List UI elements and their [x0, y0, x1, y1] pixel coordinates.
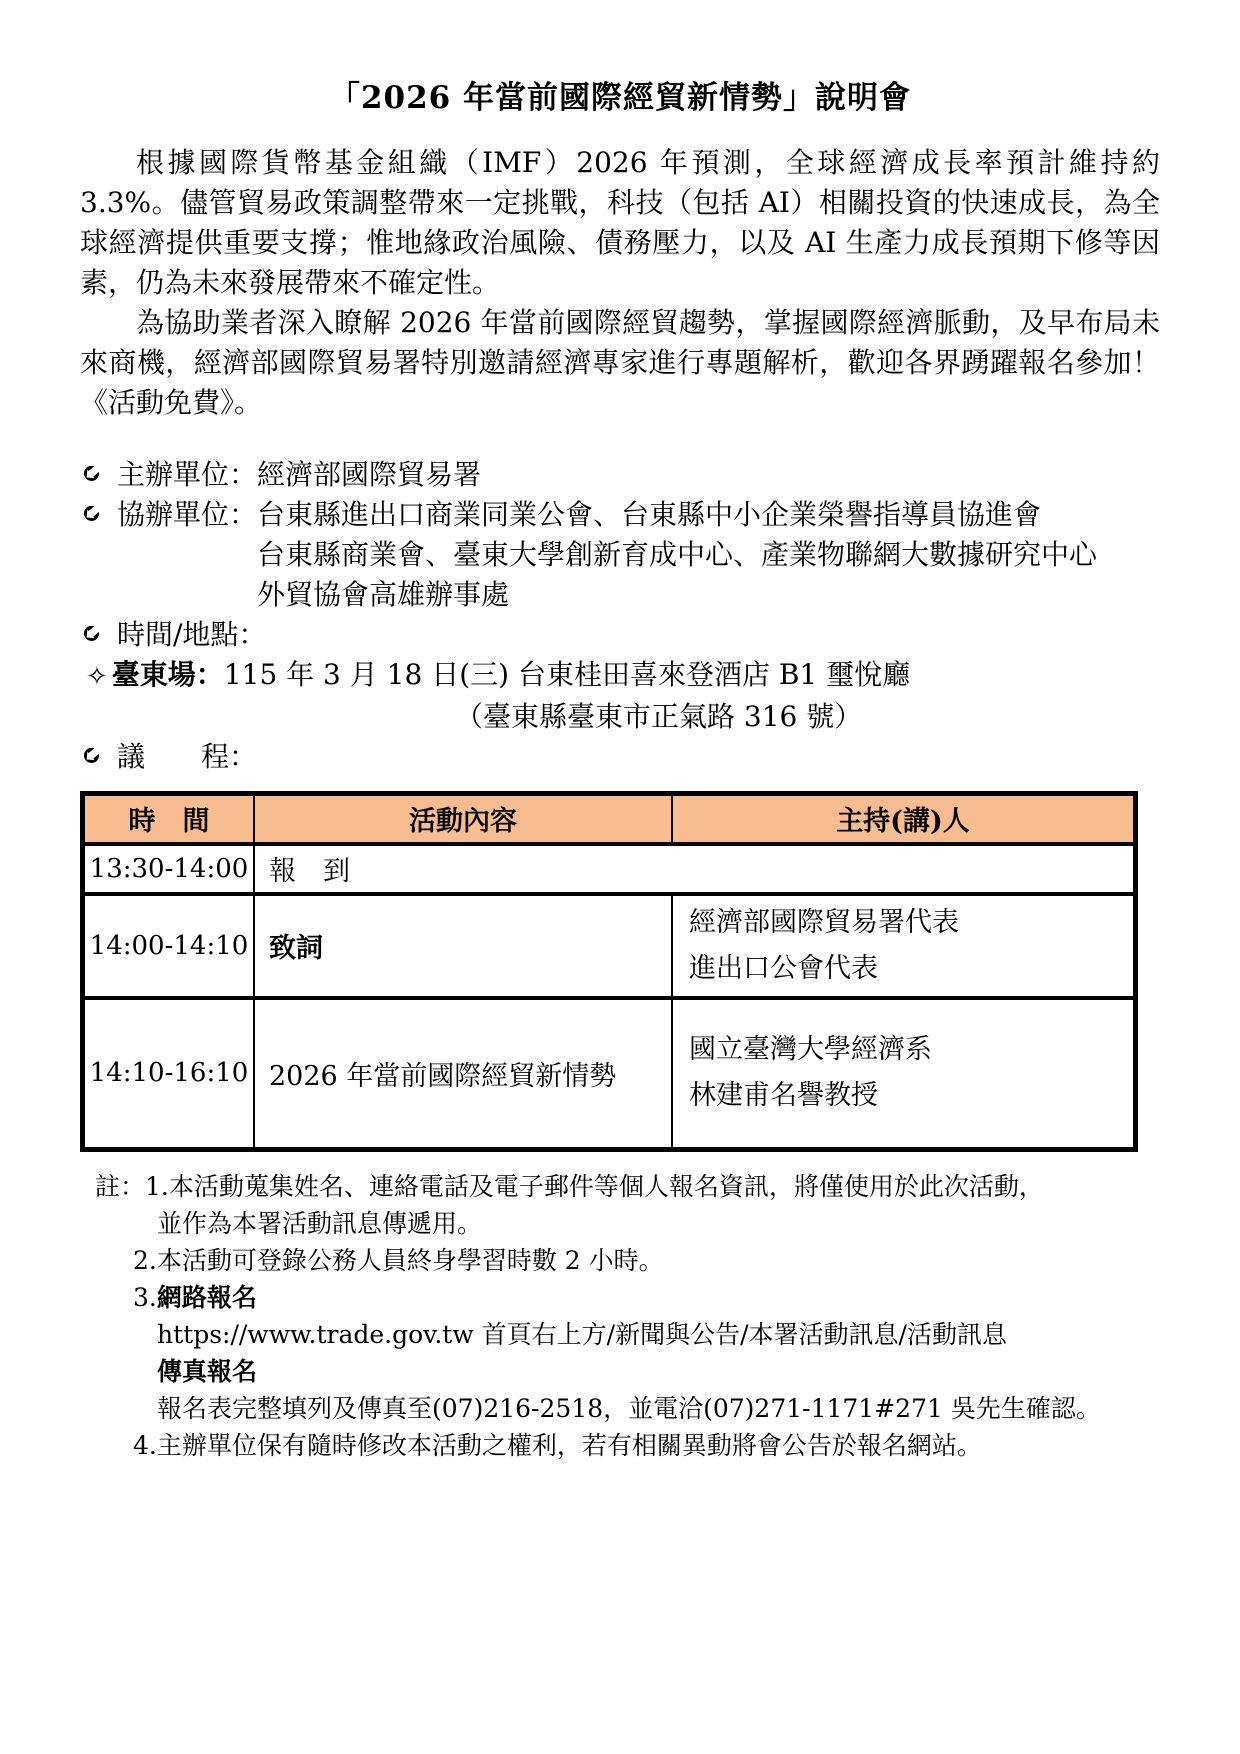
notes-section: 註：1.本活動蒐集姓名、連絡電話及電子郵件等個人報名資訊，將僅使用於此次活動， … — [80, 1168, 1160, 1464]
time-place-row: ➲ 時間/地點： — [80, 615, 1160, 655]
online-registration-label: 網路報名 — [157, 1283, 257, 1312]
note-3-number: 3. — [133, 1283, 157, 1312]
note-3-heading: 3.網路報名 — [95, 1279, 1160, 1316]
note-2-number: 2. — [133, 1246, 157, 1275]
note-4-number: 4. — [133, 1431, 157, 1460]
table-row-opening-remarks: 14:00-14:10 致詞 經濟部國際貿易署代表 進出口公會代表 — [83, 894, 1136, 998]
coorganizer-line-3: 外貿協會高雄辦事處 — [257, 578, 509, 611]
document-page: 「2026 年當前國際經貿新情勢」說明會 根據國際貨幣基金組織（IMF）2026… — [0, 0, 1240, 1754]
note-4: 4.主辦單位保有隨時修改本活動之權利，若有相關異動將會公告於報名網站。 — [95, 1427, 1160, 1464]
host-cell: 國立臺灣大學經濟系 林建甫名譽教授 — [672, 998, 1136, 1150]
coorganizer-line-2: 台東縣商業會、臺東大學創新育成中心、產業物聯網大數據研究中心 — [257, 538, 1097, 571]
coorganizer-label: 協辦單位： — [117, 495, 257, 535]
time-cell: 13:30-14:00 — [83, 844, 254, 894]
time-cell: 14:10-16:10 — [83, 998, 254, 1150]
coorganizer-values: 台東縣進出口商業同業公會、台東縣中小企業榮譽指導員協進會 台東縣商業會、臺東大學… — [257, 495, 1160, 615]
venue-row: ✧ 臺東場： 115 年 3 月 18 日(三) 台東桂田喜來登酒店 B1 璽悅… — [80, 655, 1160, 697]
diamond-icon: ✧ — [86, 657, 108, 697]
host-line-2: 林建甫名譽教授 — [689, 1080, 878, 1111]
notes-label: 註： — [95, 1172, 145, 1201]
note-1-number: 1. — [145, 1172, 169, 1201]
host-line-1: 經濟部國際貿易署代表 — [689, 907, 959, 938]
circled-arrow-bullet-icon: ➲ — [76, 498, 108, 531]
host-line-2: 進出口公會代表 — [689, 953, 878, 984]
intro-paragraph-1: 根據國際貨幣基金組織（IMF）2026 年預測，全球經濟成長率預計維持約 3.3… — [80, 143, 1160, 303]
fax-registration-label: 傳真報名 — [95, 1353, 1160, 1390]
circled-arrow-bullet-icon: ➲ — [76, 740, 108, 773]
venue-value: 115 年 3 月 18 日(三) 台東桂田喜來登酒店 B1 璽悅廳 — [224, 655, 910, 695]
venue-address: （臺東縣臺東市正氣路 316 號） — [80, 697, 1160, 737]
page-title: 「2026 年當前國際經貿新情勢」說明會 — [80, 72, 1160, 117]
activity-cell: 2026 年當前國際經貿新情勢 — [254, 998, 672, 1150]
agenda-label: 議 程： — [117, 737, 257, 777]
agenda-header-row: 時 間 活動內容 主持(講)人 — [83, 794, 1136, 844]
table-row-registration: 13:30-14:00 報 到 — [83, 844, 1136, 894]
coorganizer-row: ➲ 協辦單位： 台東縣進出口商業同業公會、台東縣中小企業榮譽指導員協進會 台東縣… — [80, 495, 1160, 615]
host-line-1: 國立臺灣大學經濟系 — [689, 1034, 932, 1065]
coorganizer-line-1: 台東縣進出口商業同業公會、台東縣中小企業榮譽指導員協進會 — [257, 498, 1041, 531]
organizer-label: 主辦單位： — [117, 455, 257, 495]
fax-registration-detail: 報名表完整填列及傳真至(07)216-2518，並電洽(07)271-1171#… — [95, 1390, 1160, 1427]
host-cell: 經濟部國際貿易署代表 進出口公會代表 — [672, 894, 1136, 998]
agenda-table: 時 間 活動內容 主持(講)人 13:30-14:00 報 到 14:00-14… — [80, 791, 1138, 1152]
activity-cell: 報 到 — [254, 844, 1136, 894]
agenda-heading-row: ➲ 議 程： — [80, 737, 1160, 777]
table-row-keynote: 14:10-16:10 2026 年當前國際經貿新情勢 國立臺灣大學經濟系 林建… — [83, 998, 1136, 1150]
note-1-line-2: 並作為本署活動訊息傳遞用。 — [95, 1205, 1160, 1242]
intro-paragraph-2: 為協助業者深入瞭解 2026 年當前國際經貿趨勢，掌握國際經濟脈動，及早布局未來… — [80, 303, 1160, 423]
column-header-activity: 活動內容 — [254, 794, 672, 844]
note-1-line-1: 註：1.本活動蒐集姓名、連絡電話及電子郵件等個人報名資訊，將僅使用於此次活動， — [95, 1168, 1160, 1205]
circled-arrow-bullet-icon: ➲ — [76, 618, 108, 651]
online-registration-url-line: https://www.trade.gov.tw 首頁右上方/新聞與公告/本署活… — [95, 1316, 1160, 1353]
circled-arrow-bullet-icon: ➲ — [76, 458, 108, 491]
time-place-label: 時間/地點： — [117, 615, 266, 655]
column-header-time: 時 間 — [83, 794, 254, 844]
note-2: 2.本活動可登錄公務人員終身學習時數 2 小時。 — [95, 1242, 1160, 1279]
time-cell: 14:00-14:10 — [83, 894, 254, 998]
organizer-value: 經濟部國際貿易署 — [257, 455, 481, 495]
organizer-row: ➲ 主辦單位： 經濟部國際貿易署 — [80, 455, 1160, 495]
event-info-section: ➲ 主辦單位： 經濟部國際貿易署 ➲ 協辦單位： 台東縣進出口商業同業公會、台東… — [80, 455, 1160, 777]
column-header-host: 主持(講)人 — [672, 794, 1136, 844]
venue-label: 臺東場： — [112, 655, 224, 695]
activity-cell: 致詞 — [254, 894, 672, 998]
